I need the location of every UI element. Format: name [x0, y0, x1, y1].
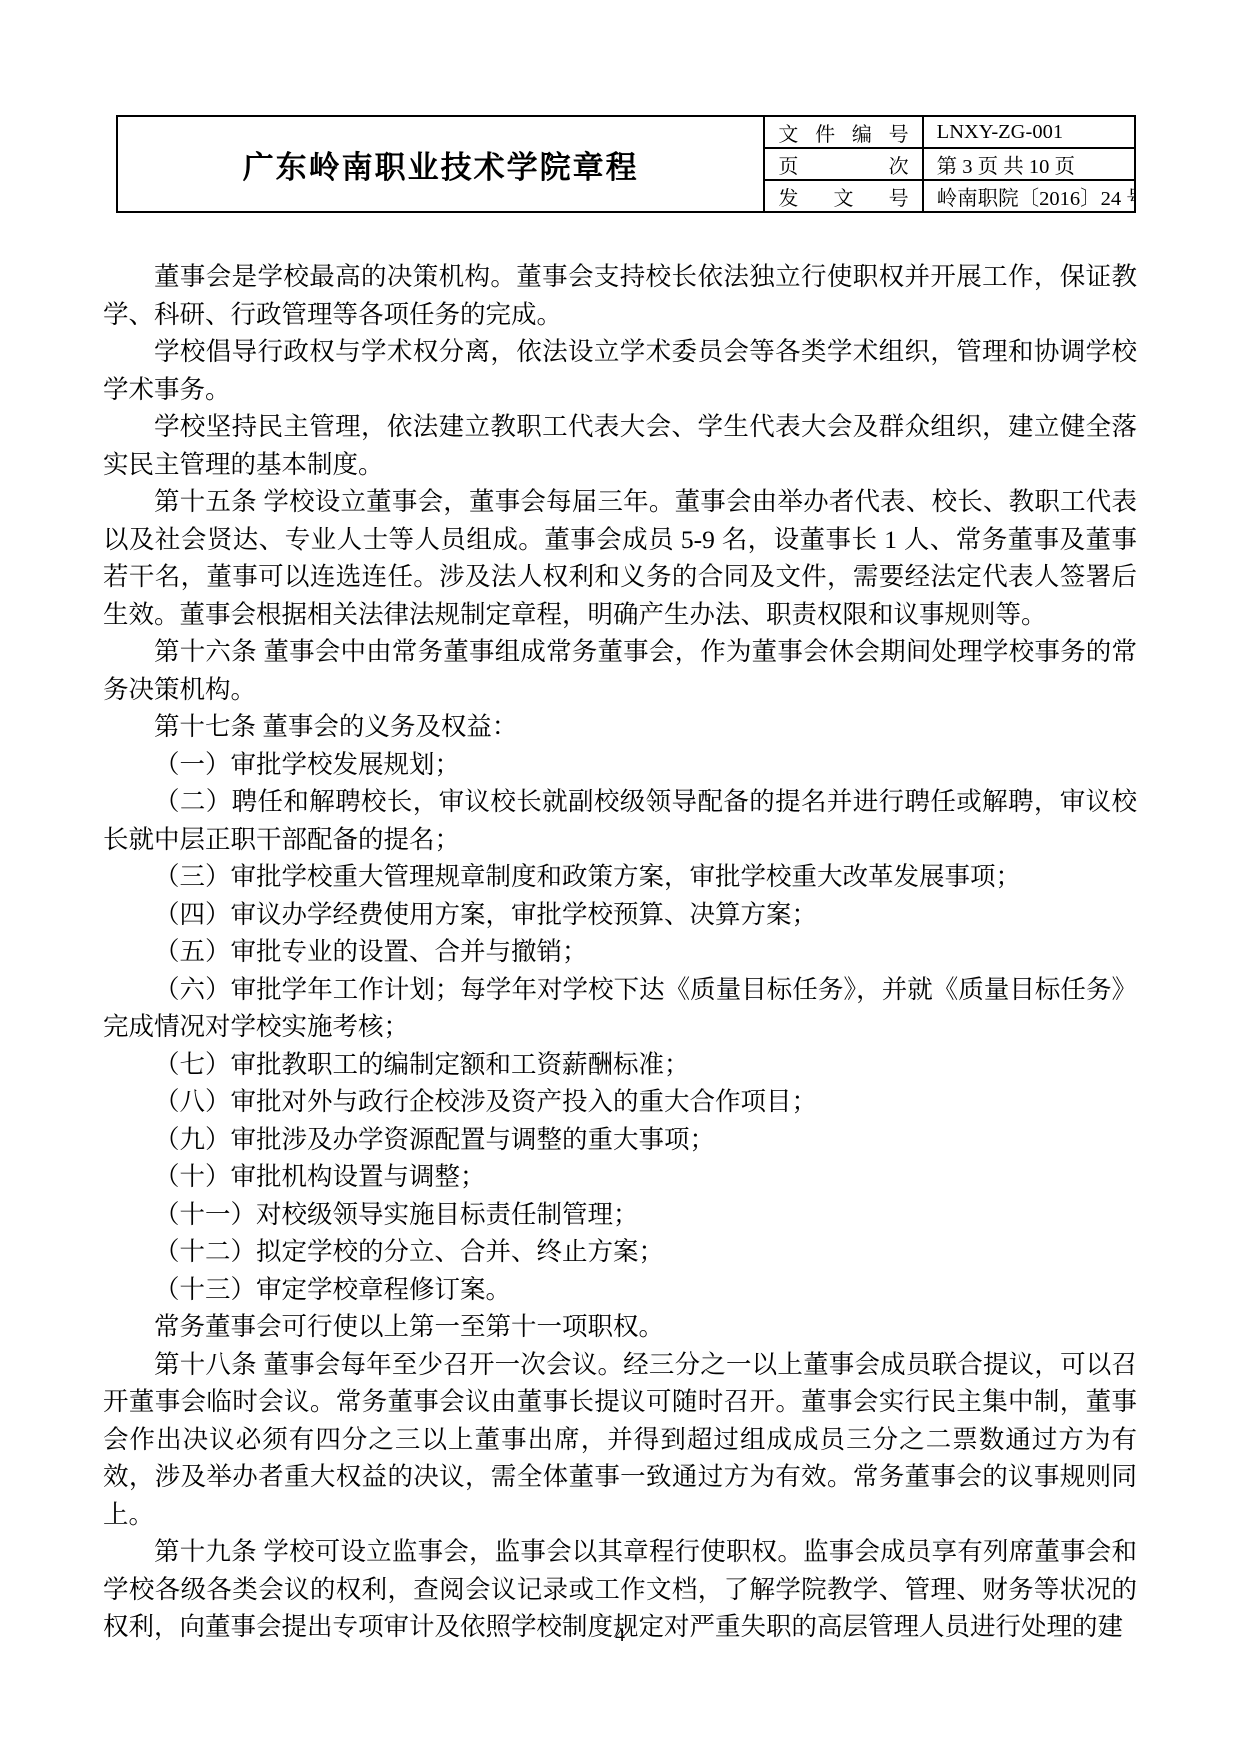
meta-label-page: 页次: [764, 148, 922, 180]
paragraph: 学校坚持民主管理，依法建立教职工代表大会、学生代表大会及群众组织，建立健全落实民…: [103, 408, 1137, 483]
list-item-8: （八）审批对外与政行企校涉及资产投入的重大合作项目；: [103, 1083, 1137, 1121]
list-item-12: （十二）拟定学校的分立、合并、终止方案；: [103, 1233, 1137, 1271]
meta-value-file-number: LNXY-ZG-001: [923, 116, 1135, 148]
meta-label-file-number: 文件编号: [764, 116, 922, 148]
document-title: 广东岭南职业技术学院章程: [117, 116, 764, 212]
paragraph-article-18: 第十八条 董事会每年至少召开一次会议。经三分之一以上董事会成员联合提议，可以召开…: [103, 1346, 1137, 1534]
list-item-10: （十）审批机构设置与调整；: [103, 1158, 1137, 1196]
paragraph-article-15: 第十五条 学校设立董事会，董事会每届三年。董事会由举办者代表、校长、教职工代表以…: [103, 483, 1137, 633]
paragraph: 常务董事会可行使以上第一至第十一项职权。: [103, 1308, 1137, 1346]
paragraph: 董事会是学校最高的决策机构。董事会支持校长依法独立行使职权并开展工作，保证教学、…: [103, 258, 1137, 333]
document-header-table: 广东岭南职业技术学院章程 文件编号 LNXY-ZG-001 页次 第 3 页 共…: [116, 115, 1136, 213]
meta-value-page: 第 3 页 共 10 页: [923, 148, 1135, 180]
document-body: 董事会是学校最高的决策机构。董事会支持校长依法独立行使职权并开展工作，保证教学、…: [103, 258, 1137, 1646]
list-item-9: （九）审批涉及办学资源配置与调整的重大事项；: [103, 1121, 1137, 1159]
header-row-file-number: 广东岭南职业技术学院章程 文件编号 LNXY-ZG-001: [117, 116, 1135, 148]
list-item-4: （四）审议办学经费使用方案，审批学校预算、决算方案；: [103, 896, 1137, 934]
paragraph-article-17: 第十七条 董事会的义务及权益：: [103, 708, 1137, 746]
document-page: 广东岭南职业技术学院章程 文件编号 LNXY-ZG-001 页次 第 3 页 共…: [0, 0, 1240, 1753]
list-item-11: （十一）对校级领导实施目标责任制管理；: [103, 1196, 1137, 1234]
list-item-6: （六）审批学年工作计划；每学年对学校下达《质量目标任务》，并就《质量目标任务》完…: [103, 971, 1137, 1046]
paragraph: 学校倡导行政权与学术权分离，依法设立学术委员会等各类学术组织，管理和协调学校学术…: [103, 333, 1137, 408]
list-item-2: （二）聘任和解聘校长，审议校长就副校级领导配备的提名并进行聘任或解聘，审议校长就…: [103, 783, 1137, 858]
meta-label-issue-number: 发文号: [764, 180, 922, 212]
paragraph-article-16: 第十六条 董事会中由常务董事组成常务董事会，作为董事会休会期间处理学校事务的常务…: [103, 633, 1137, 708]
list-item-13: （十三）审定学校章程修订案。: [103, 1271, 1137, 1309]
meta-value-issue-number: 岭南职院〔2016〕24 号: [923, 180, 1135, 212]
list-item-3: （三）审批学校重大管理规章制度和政策方案，审批学校重大改革发展事项；: [103, 858, 1137, 896]
list-item-1: （一）审批学校发展规划；: [103, 746, 1137, 784]
document-content: 广东岭南职业技术学院章程 文件编号 LNXY-ZG-001 页次 第 3 页 共…: [103, 115, 1137, 1646]
page-number: 4: [0, 1624, 1240, 1647]
list-item-7: （七）审批教职工的编制定额和工资薪酬标准；: [103, 1046, 1137, 1084]
list-item-5: （五）审批专业的设置、合并与撤销；: [103, 933, 1137, 971]
